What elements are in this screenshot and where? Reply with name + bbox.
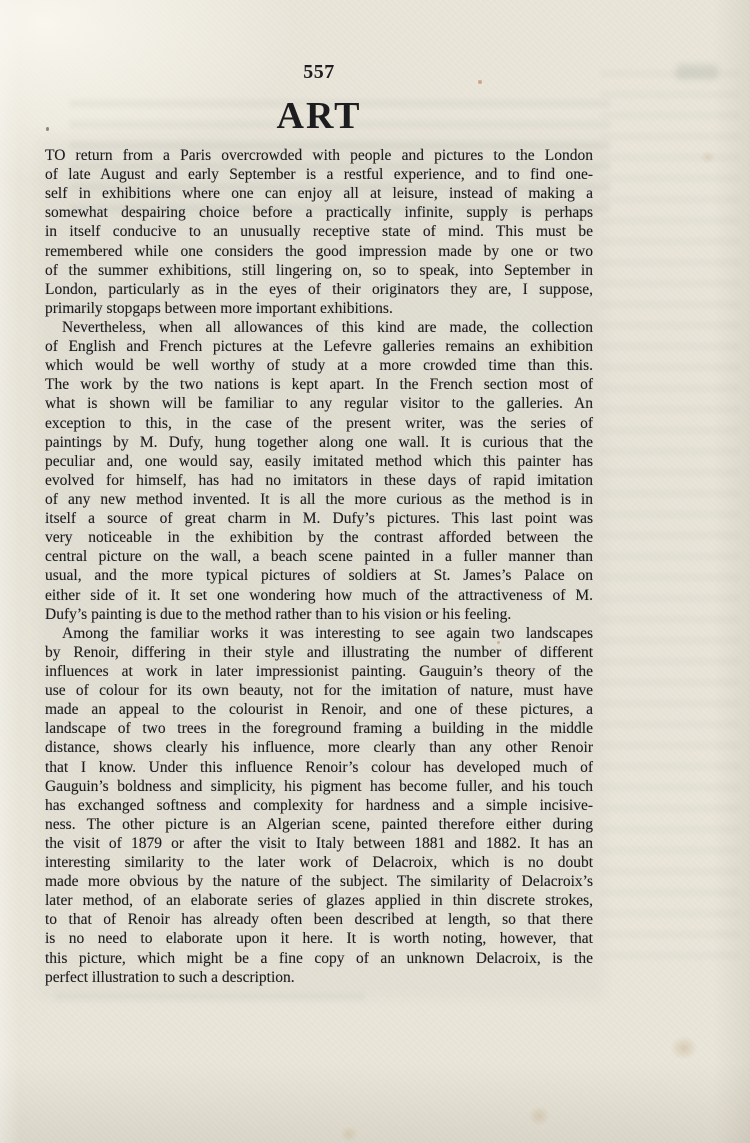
text-line: made an appeal to the colourist in Renoi… <box>45 700 593 719</box>
text-line: primarily stopgaps between more importan… <box>45 299 593 318</box>
text-line: Among the familiar works it was interest… <box>45 624 593 643</box>
scanned-page: 557 ART TO return from a Paris overcrowd… <box>0 0 750 1143</box>
text-line: TO return from a Paris overcrowded with … <box>45 146 593 165</box>
foxing-stain <box>340 1126 358 1142</box>
text-line: London, particularly as in the eyes of t… <box>45 280 593 299</box>
text-line: very noticeable in the exhibition by the… <box>45 528 593 547</box>
text-line: this picture, which might be a fine copy… <box>45 949 593 968</box>
article-body: TO return from a Paris overcrowded with … <box>45 146 593 987</box>
paragraph: TO return from a Paris overcrowded with … <box>45 146 593 318</box>
text-line: has exchanged softness and complexity fo… <box>45 796 593 815</box>
text-line: influences at work in later impressionis… <box>45 662 593 681</box>
text-line: landscape of two trees in the foreground… <box>45 719 593 738</box>
text-line: paintings by M. Dufy, hung together alon… <box>45 433 593 452</box>
text-line: peculiar and, one would say, easily imit… <box>45 452 593 471</box>
text-line: made more obvious by the nature of the s… <box>45 872 593 891</box>
text-line: in itself conducive to an unusually rece… <box>45 222 593 241</box>
page-number: 557 <box>45 61 593 84</box>
bleed-through-text <box>600 70 740 970</box>
text-line: itself a source of great charm in M. Duf… <box>45 509 593 528</box>
bleed-through-page-number <box>676 64 718 80</box>
text-line: somewhat despairing choice before a prac… <box>45 203 593 222</box>
text-line: central picture on the wall, a beach sce… <box>45 547 593 566</box>
text-line: interesting similarity to the later work… <box>45 853 593 872</box>
foxing-stain <box>700 150 716 164</box>
text-line: ness. The other picture is an Algerian s… <box>45 815 593 834</box>
text-line: either side of it. It set one wondering … <box>45 586 593 605</box>
text-line: that I know. Under this influence Renoir… <box>45 758 593 777</box>
text-line: later method, of an elaborate series of … <box>45 891 593 910</box>
text-line: to that of Renoir has already often been… <box>45 910 593 929</box>
text-line: Nevertheless, when all allowances of thi… <box>45 318 593 337</box>
text-line: which would be well worthy of study at a… <box>45 356 593 375</box>
text-line: Gauguin’s boldness and simplicity, his p… <box>45 777 593 796</box>
paragraph: Nevertheless, when all allowances of thi… <box>45 318 593 624</box>
foxing-stain <box>670 1036 698 1060</box>
text-line: exception to this, in the case of the pr… <box>45 414 593 433</box>
text-line: Dufy’s painting is due to the method rat… <box>45 605 593 624</box>
text-line: usual, and the more typical pictures of … <box>45 566 593 585</box>
text-line: of English and French pictures at the Le… <box>45 337 593 356</box>
text-line: the visit of 1879 or after the visit to … <box>45 834 593 853</box>
text-line: distance, shows clearly his influence, m… <box>45 738 593 757</box>
text-line: is no need to elaborate upon it here. It… <box>45 929 593 948</box>
text-line: of the summer exhibitions, still lingeri… <box>45 261 593 280</box>
paragraph: Among the familiar works it was interest… <box>45 624 593 987</box>
text-line: The work by the two nations is kept apar… <box>45 375 593 394</box>
text-line: evolved for himself, has had no imitator… <box>45 471 593 490</box>
text-line: perfect illustration to such a descripti… <box>45 968 593 987</box>
text-line: of late August and early September is a … <box>45 165 593 184</box>
text-line: remembered while one considers the good … <box>45 242 593 261</box>
article-title: ART <box>45 94 593 138</box>
text-line: of any new method invented. It is all th… <box>45 490 593 509</box>
foxing-stain <box>528 1106 550 1126</box>
text-line: self in exhibitions where one can enjoy … <box>45 184 593 203</box>
text-line: by Renoir, differing in their style and … <box>45 643 593 662</box>
text-line: what is shown will be familiar to any re… <box>45 394 593 413</box>
text-line: use of colour for its own beauty, not fo… <box>45 681 593 700</box>
